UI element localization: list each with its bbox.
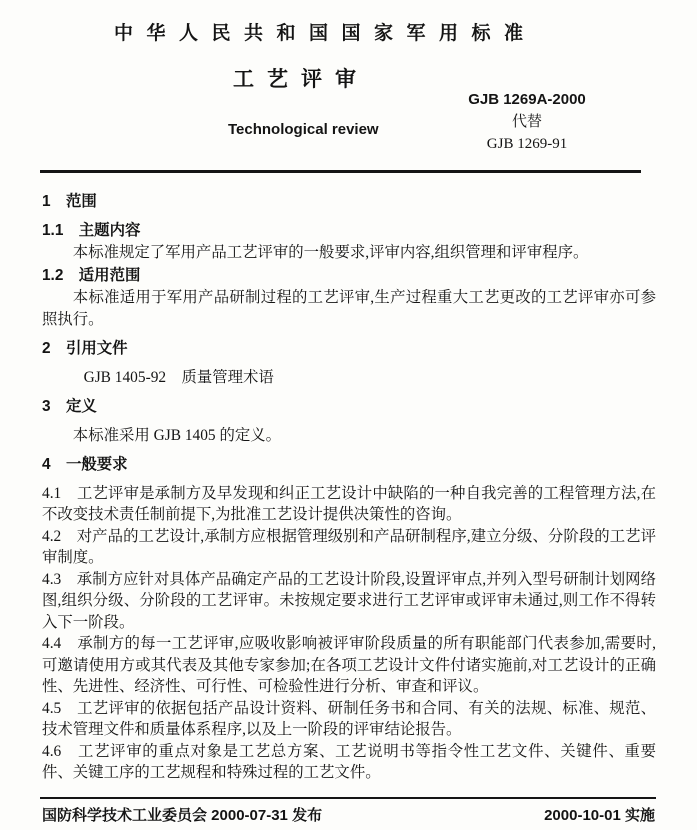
standard-type-title: 中华人民共和国国家军用标准 bbox=[114, 18, 537, 45]
reference-entry: GJB 1405-92 质量管理术语 bbox=[84, 367, 656, 389]
paragraph-subject: 本标准规定了军用产品工艺评审的一般要求,评审内容,组织管理和评审程序。 bbox=[42, 242, 656, 264]
document-title-english: Technological review bbox=[228, 121, 379, 138]
clause-4-1: 4.1 工艺评审是承制方及早发现和纠正工艺设计中缺陷的一种自我完善的工程管理方法… bbox=[42, 483, 656, 526]
clause-4-2: 4.2 对产品的工艺设计,承制方应根据管理级别和产品研制程序,建立分级、分阶段的… bbox=[42, 526, 656, 569]
issued-by-text: 国防科学技术工业委员会 2000-07-31 发布 bbox=[42, 804, 322, 825]
standard-number: GJB 1269A-2000 bbox=[461, 89, 593, 111]
effective-date-text: 2000-10-01 实施 bbox=[544, 804, 655, 825]
paragraph-definitions: 本标准采用 GJB 1405 的定义。 bbox=[42, 425, 656, 447]
clause-4-4: 4.4 承制方的每一工艺评审,应吸收影响被评审阶段质量的所有职能部门代表参加,需… bbox=[42, 633, 656, 698]
section-heading-general-requirements: 4 一般要求 bbox=[42, 454, 656, 476]
superseded-standard-number: GJB 1269-91 bbox=[461, 133, 593, 155]
clause-4-5: 4.5 工艺评审的依据包括产品设计资料、研制任务书和合同、有关的法规、标准、规范… bbox=[42, 698, 656, 741]
document-header: 中华人民共和国国家军用标准 工艺评审 Technological review … bbox=[0, 0, 697, 174]
section-heading-references: 2 引用文件 bbox=[42, 338, 656, 360]
supersede-label: 代替 bbox=[461, 111, 593, 133]
subsection-heading-subject: 1.1 主题内容 bbox=[42, 220, 656, 242]
document-page: 中华人民共和国国家军用标准 工艺评审 Technological review … bbox=[0, 0, 697, 830]
standard-number-block: GJB 1269A-2000 代替 GJB 1269-91 bbox=[461, 89, 593, 155]
document-body: 1 范围 1.1 主题内容 本标准规定了军用产品工艺评审的一般要求,评审内容,组… bbox=[42, 174, 656, 796]
clause-4-3: 4.3 承制方应针对具体产品确定产品的工艺设计阶段,设置评审点,并列入型号研制计… bbox=[42, 569, 656, 634]
paragraph-applicability: 本标准适用于军用产品研制过程的工艺评审,生产过程重大工艺更改的工艺评审亦可参照执… bbox=[42, 287, 656, 330]
clause-4-6: 4.6 工艺评审的重点对象是工艺总方案、工艺说明书等指令性工艺文件、关键件、重要… bbox=[42, 741, 656, 784]
subsection-heading-applicability: 1.2 适用范围 bbox=[42, 265, 656, 287]
section-heading-scope: 1 范围 bbox=[42, 191, 656, 213]
section-heading-definitions: 3 定义 bbox=[42, 396, 656, 418]
header-divider bbox=[40, 170, 641, 173]
footer-divider bbox=[40, 797, 656, 799]
document-title: 工艺评审 bbox=[233, 63, 369, 93]
